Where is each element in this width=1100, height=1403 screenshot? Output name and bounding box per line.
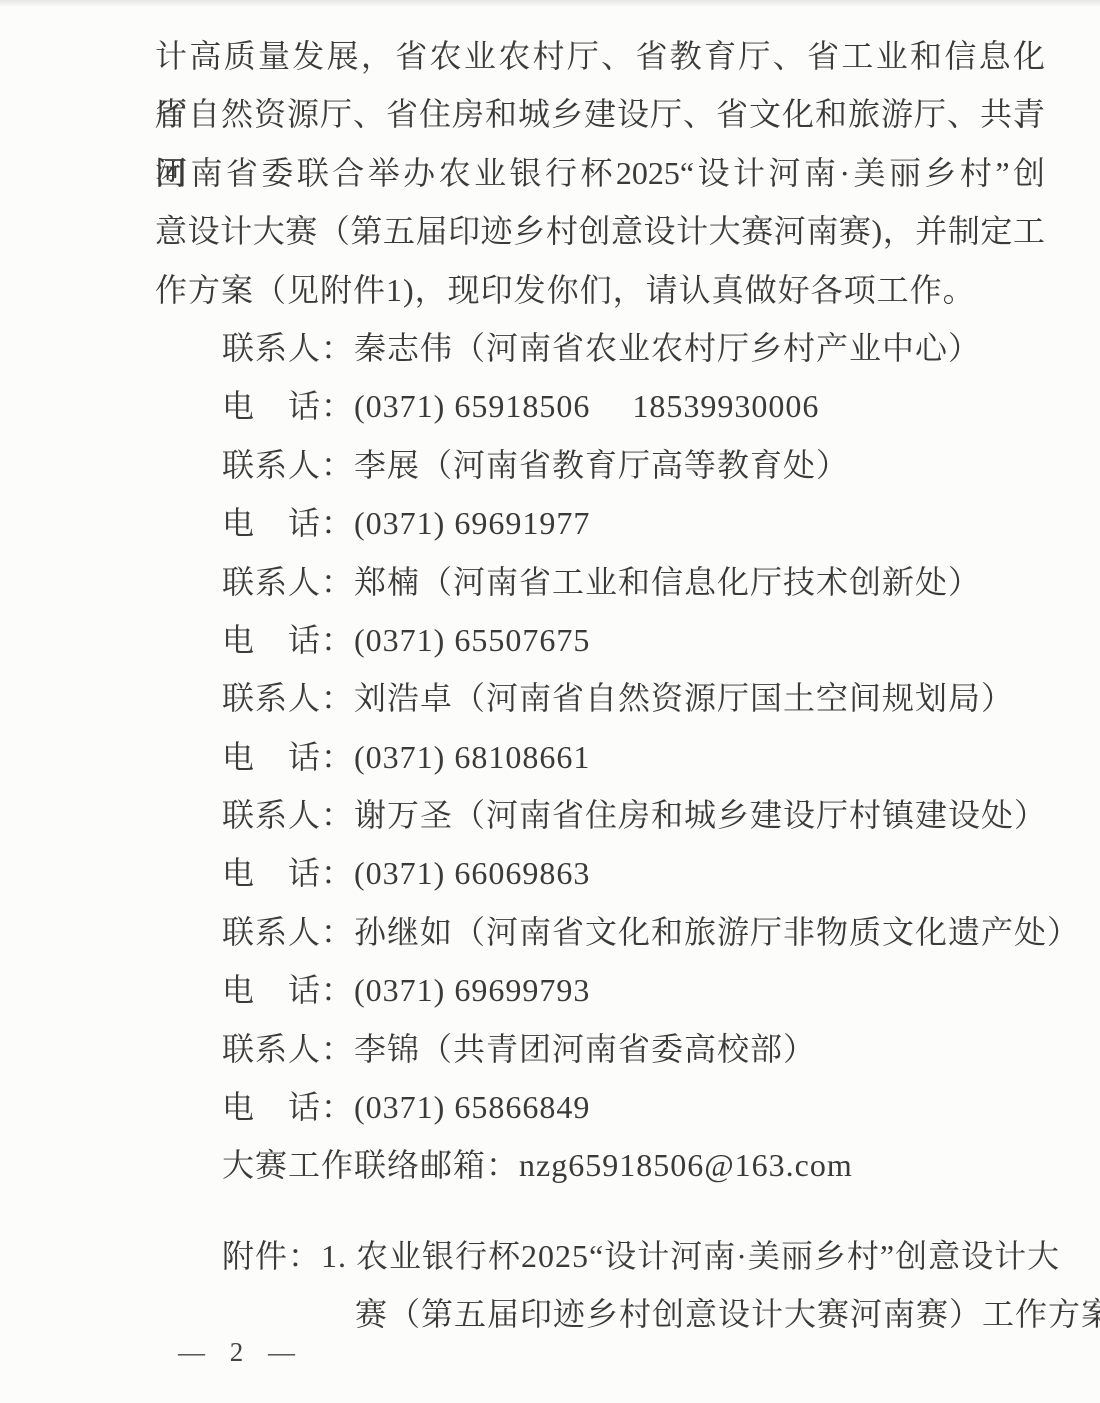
email-line: 大赛工作联络邮箱：nzg65918506@163.com [155, 1136, 1045, 1194]
contact-phone-line: 电 话：(0371) 69699793 [155, 961, 1045, 1019]
attachment-section: 附件：1. 农业银行杯2025“设计河南·美丽乡村”创意设计大 赛（第五届印迹乡… [155, 1227, 1045, 1344]
contact-person-line: 联系人：谢万圣（河南省住房和城乡建设厅村镇建设处） [155, 786, 1045, 844]
contact-phone-line: 电 话：(0371) 65507675 [155, 611, 1045, 669]
document-content: 计高质量发展，省农业农村厅、省教育厅、省工业和信息化厅、 省自然资源厅、省住房和… [155, 27, 1045, 1344]
contact-person-line: 联系人：郑楠（河南省工业和信息化厅技术创新处） [155, 553, 1045, 611]
contact-phone-line: 电 话：(0371) 69691977 [155, 494, 1045, 552]
attachment-line: 附件：1. 农业银行杯2025“设计河南·美丽乡村”创意设计大 [155, 1227, 1045, 1285]
paragraph-line: 作方案（见附件1)，现印发你们，请认真做好各项工作。 [155, 261, 1045, 319]
contact-person-line: 联系人：李锦（共青团河南省委高校部） [155, 1020, 1045, 1078]
contact-phone-line: 电 话：(0371) 65918506 18539930006 [155, 377, 1045, 435]
paragraph-line: 计高质量发展，省农业农村厅、省教育厅、省工业和信息化厅、 [155, 27, 1045, 85]
paragraph-line: 意设计大赛（第五届印迹乡村创意设计大赛河南赛)，并制定工 [155, 202, 1045, 260]
paragraph-line: 河南省委联合举办农业银行杯2025“设计河南·美丽乡村”创 [155, 144, 1045, 202]
contact-person-line: 联系人：李展（河南省教育厅高等教育处） [155, 436, 1045, 494]
opening-paragraph: 计高质量发展，省农业农村厅、省教育厅、省工业和信息化厅、 省自然资源厅、省住房和… [155, 27, 1045, 319]
contact-phone-line: 电 话：(0371) 65866849 [155, 1078, 1045, 1136]
contact-person-line: 联系人：秦志伟（河南省农业农村厅乡村产业中心） [155, 319, 1045, 377]
contact-phone-line: 电 话：(0371) 68108661 [155, 728, 1045, 786]
page-number: — 2 — [178, 1334, 304, 1370]
contact-person-line: 联系人：刘浩卓（河南省自然资源厅国土空间规划局） [155, 669, 1045, 727]
contact-phone-line: 电 话：(0371) 66069863 [155, 844, 1045, 902]
contact-list: 联系人：秦志伟（河南省农业农村厅乡村产业中心） 电 话：(0371) 65918… [155, 319, 1045, 1136]
contact-person-line: 联系人：孙继如（河南省文化和旅游厅非物质文化遗产处） [155, 903, 1045, 961]
paragraph-line: 省自然资源厅、省住房和城乡建设厅、省文化和旅游厅、共青团 [155, 85, 1045, 143]
document-page: 计高质量发展，省农业农村厅、省教育厅、省工业和信息化厅、 省自然资源厅、省住房和… [0, 0, 1100, 1403]
